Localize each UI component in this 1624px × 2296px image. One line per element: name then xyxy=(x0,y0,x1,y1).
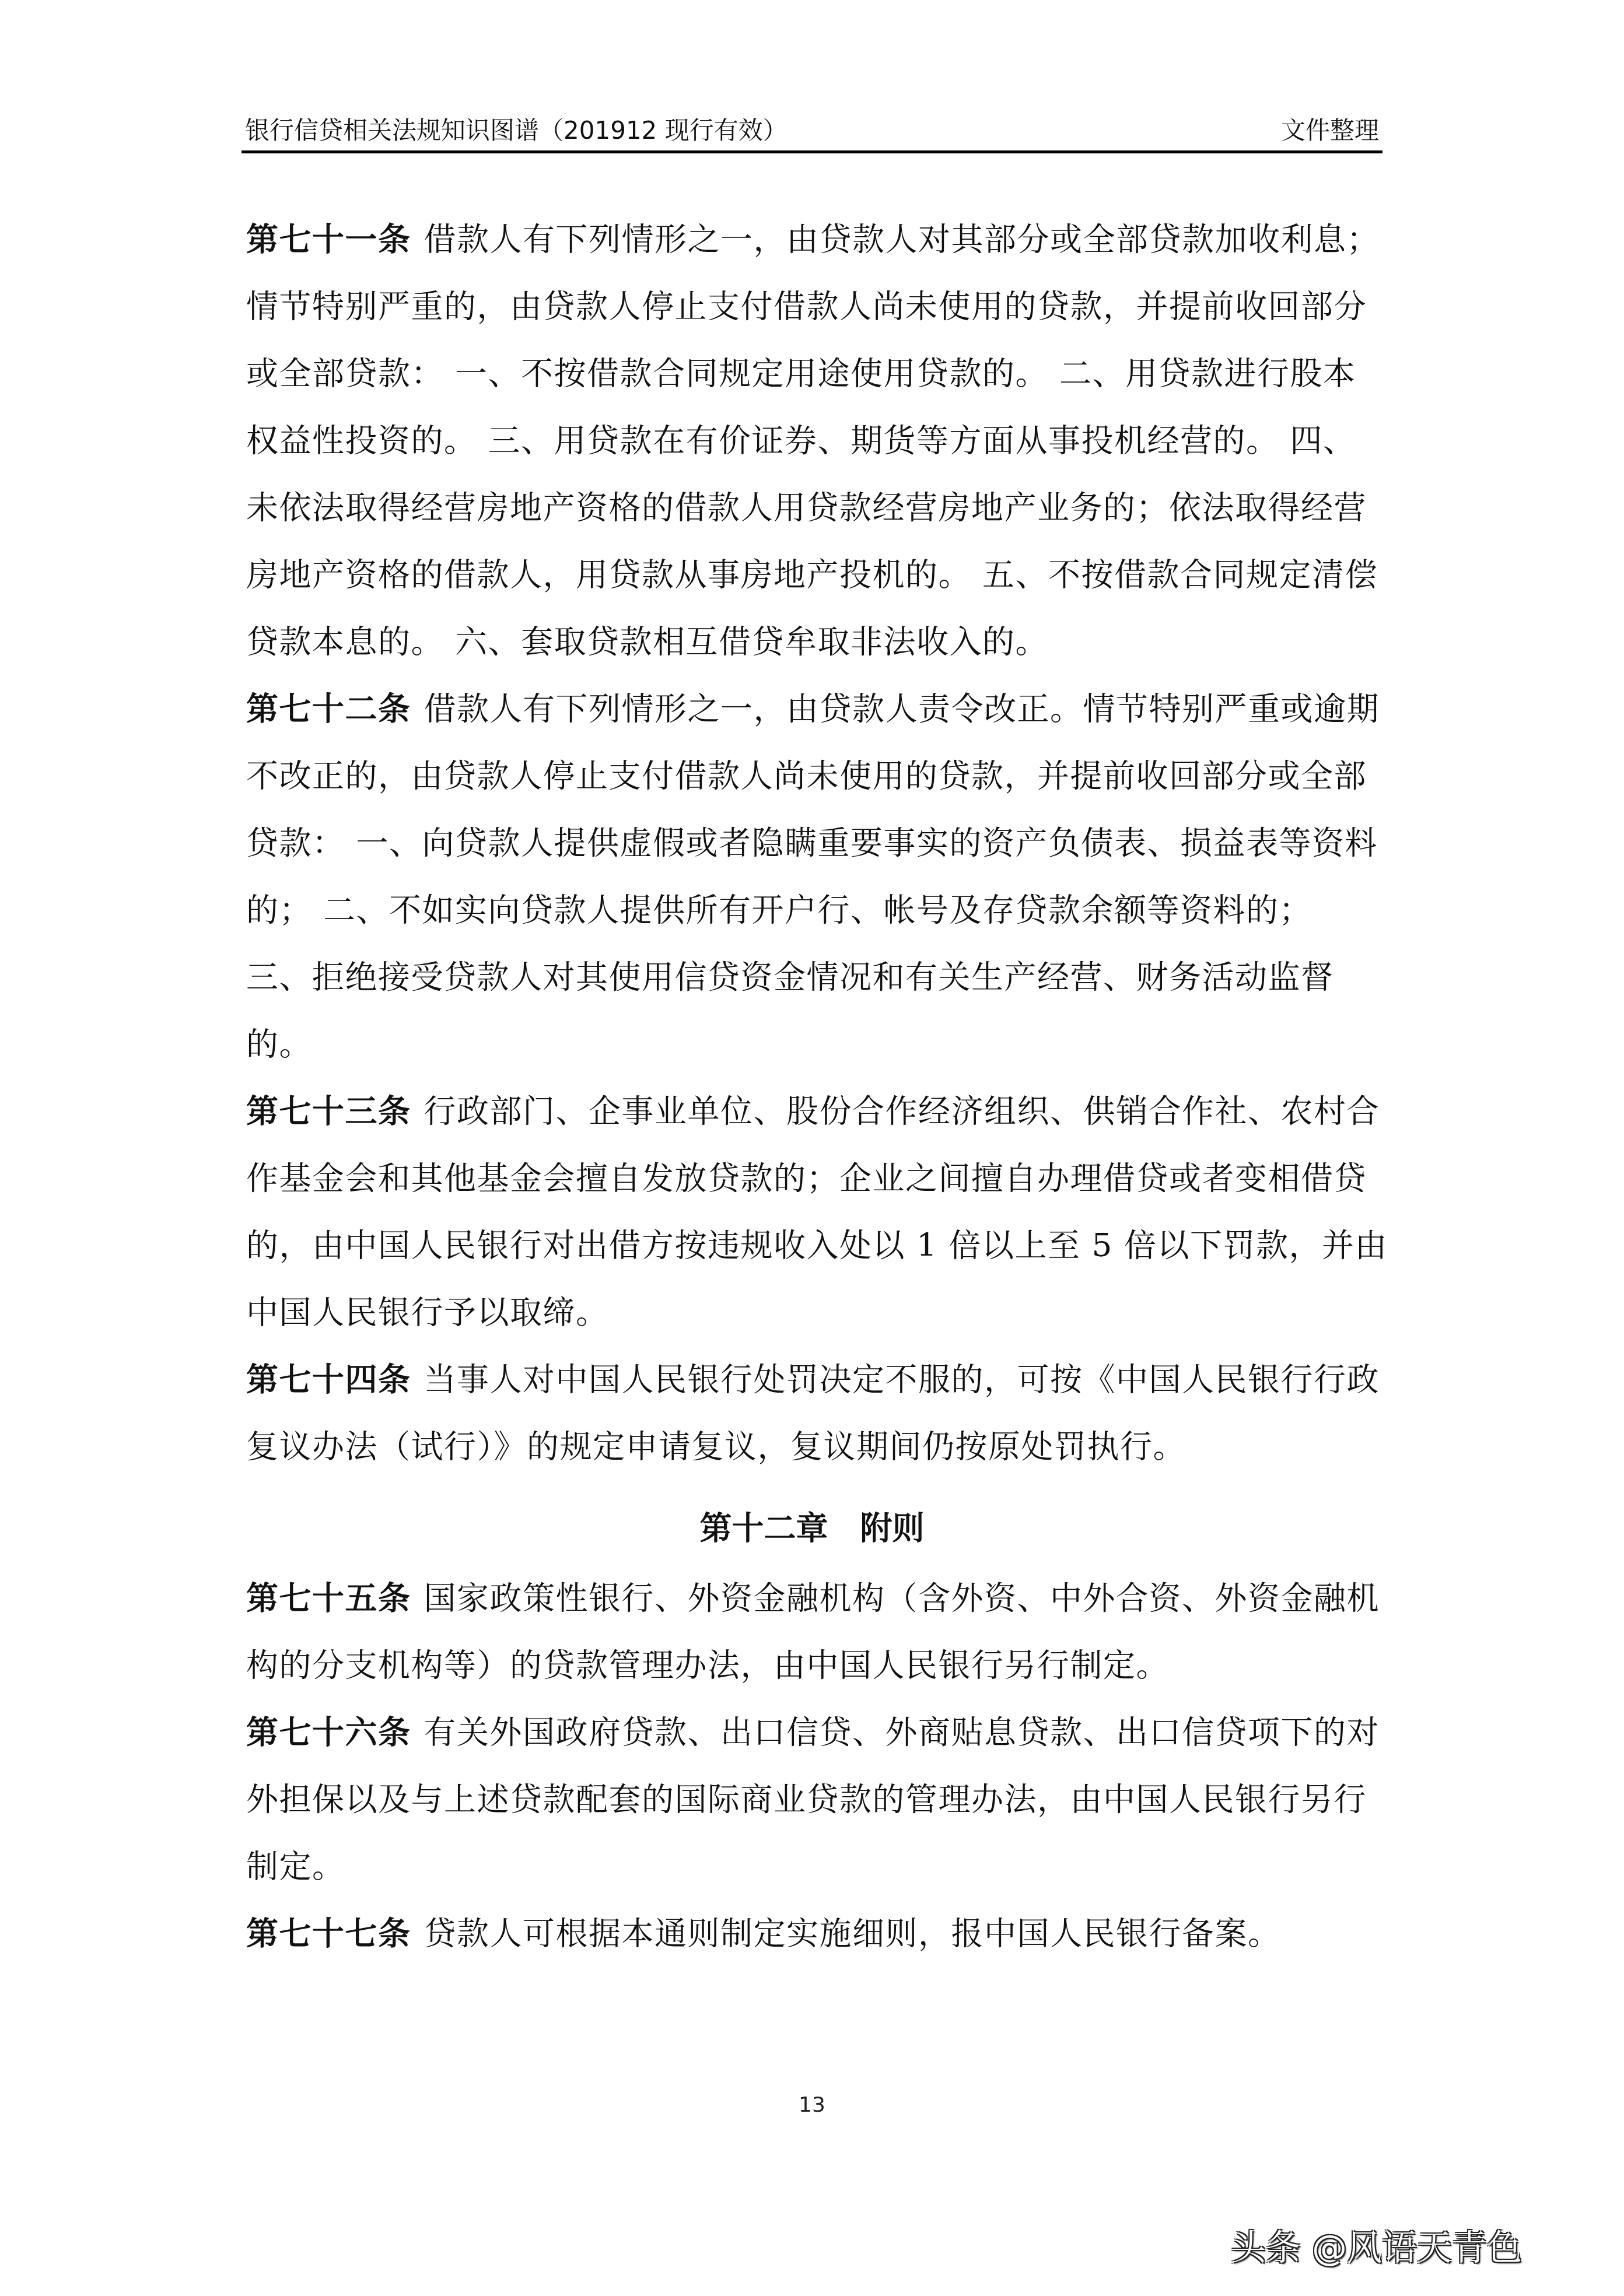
article-73-line-2: 作基金会和其他基金会擅自发放贷款的；企业之间擅自办理借贷或者变相借贷 xyxy=(246,1158,1367,1198)
article-72-line-3: 贷款： 一、向贷款人提供虚假或者隐瞒重要事实的资产负债表、损益表等资料 xyxy=(246,822,1378,863)
article-text: 借款人有下列情形之一，由贷款人责令改正。情节特别严重或逾期 xyxy=(424,690,1380,727)
article-73-line-4: 中国人民银行予以取缔。 xyxy=(246,1292,609,1333)
article-76-line-1: 第七十六条有关外国政府贷款、出口信贷、外商贴息贷款、出口信贷项下的对 xyxy=(246,1712,1380,1752)
article-text: 当事人对中国人民银行处罚决定不服的，可按《中国人民银行行政 xyxy=(424,1361,1380,1398)
article-72-line-2: 不改正的，由贷款人停止支付借款人尚未使用的贷款，并提前收回部分或全部 xyxy=(246,755,1367,796)
article-71-line-7: 贷款本息的。 六、套取贷款相互借贷牟取非法收入的。 xyxy=(246,621,1048,662)
article-label: 第七十七条 xyxy=(246,1915,411,1952)
article-label: 第七十二条 xyxy=(246,690,411,727)
header-divider xyxy=(242,150,1382,153)
page-header: 银行信贷相关法规知识图谱（201912 现行有效） 文件整理 xyxy=(242,114,1382,152)
article-76-line-3: 制定。 xyxy=(246,1846,345,1887)
article-71-line-1: 第七十一条借款人有下列情形之一，由贷款人对其部分或全部贷款加收利息； xyxy=(246,219,1380,260)
article-72-line-1: 第七十二条借款人有下列情形之一，由贷款人责令改正。情节特别严重或逾期 xyxy=(246,688,1380,729)
article-text: 借款人有下列情形之一，由贷款人对其部分或全部贷款加收利息； xyxy=(424,220,1380,258)
article-text: 贷款人可根据本通则制定实施细则，报中国人民银行备案。 xyxy=(424,1915,1281,1952)
article-72-line-5: 三、拒绝接受贷款人对其使用信贷资金情况和有关生产经营、财务活动监督 xyxy=(246,956,1334,997)
article-73-line-3: 的，由中国人民银行对出借方按违规收入处以 1 倍以上至 5 倍以下罚款，并由 xyxy=(246,1225,1388,1266)
header-right-label: 文件整理 xyxy=(1281,114,1379,147)
article-label: 第七十六条 xyxy=(246,1713,411,1751)
chapter-heading: 第十二章 附则 xyxy=(246,1508,1378,1548)
article-text: 国家政策性银行、外资金融机构（含外资、中外合资、外资金融机 xyxy=(424,1579,1380,1617)
article-text: 有关外国政府贷款、出口信贷、外商贴息贷款、出口信贷项下的对 xyxy=(424,1713,1380,1751)
article-75-line-2: 构的分支机构等）的贷款管理办法，由中国人民银行另行制定。 xyxy=(246,1645,1169,1685)
article-label: 第七十五条 xyxy=(246,1579,411,1617)
article-71-line-6: 房地产资格的借款人，用贷款从事房地产投机的。 五、不按借款合同规定清偿 xyxy=(246,554,1378,595)
article-71-line-2: 情节特别严重的，由贷款人停止支付借款人尚未使用的贷款，并提前收回部分 xyxy=(246,286,1367,327)
article-71-line-5: 未依法取得经营房地产资格的借款人用贷款经营房地产业务的；依法取得经营 xyxy=(246,487,1367,528)
article-text: 行政部门、企事业单位、股份合作经济组织、供销合作社、农村合 xyxy=(424,1092,1380,1130)
article-label: 第七十三条 xyxy=(246,1092,411,1130)
article-72-line-4: 的； 二、不如实向贷款人提供所有开户行、帐号及存贷款余额等资料的； xyxy=(246,889,1312,930)
article-73-line-1: 第七十三条行政部门、企事业单位、股份合作经济组织、供销合作社、农村合 xyxy=(246,1091,1380,1131)
article-71-line-3: 或全部贷款： 一、不按借款合同规定用途使用贷款的。 二、用贷款进行股本 xyxy=(246,353,1356,394)
article-77-line-1: 第七十七条贷款人可根据本通则制定实施细则，报中国人民银行备案。 xyxy=(246,1913,1281,1954)
article-label: 第七十四条 xyxy=(246,1361,411,1398)
article-76-line-2: 外担保以及与上述贷款配套的国际商业贷款的管理办法，由中国人民银行另行 xyxy=(246,1779,1367,1820)
article-74-line-2: 复议办法（试行）》的规定申请复议，复议期间仍按原处罚执行。 xyxy=(246,1426,1186,1467)
article-72-line-6: 的。 xyxy=(246,1023,312,1064)
article-74-line-1: 第七十四条当事人对中国人民银行处罚决定不服的，可按《中国人民银行行政 xyxy=(246,1359,1380,1400)
header-document-title: 银行信贷相关法规知识图谱（201912 现行有效） xyxy=(245,114,787,147)
page-number: 13 xyxy=(0,2091,1624,2120)
article-75-line-1: 第七十五条国家政策性银行、外资金融机构（含外资、中外合资、外资金融机 xyxy=(246,1578,1380,1618)
watermark: 头条 @风语天青色 xyxy=(1231,2225,1522,2272)
article-71-line-4: 权益性投资的。 三、用贷款在有价证券、期货等方面从事投机经营的。 四、 xyxy=(246,420,1356,461)
article-label: 第七十一条 xyxy=(246,220,411,258)
